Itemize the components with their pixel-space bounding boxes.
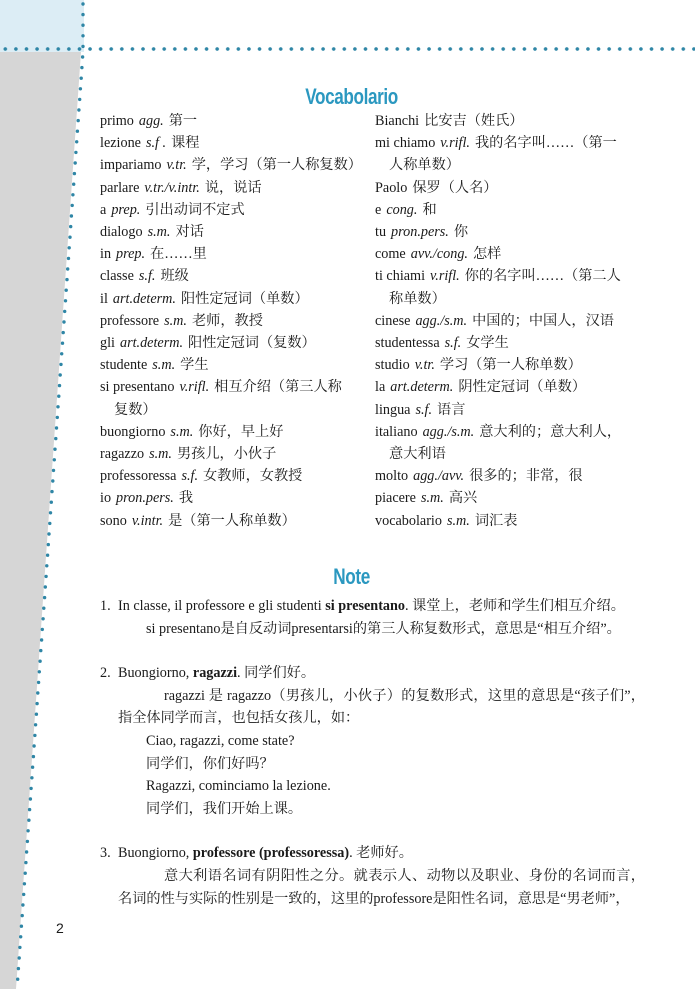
vocab-entry: parlarev.tr./v.intr.说，说话 (100, 177, 365, 199)
vocab-meaning-continuation: 人称单数） (375, 154, 645, 176)
note-heading: 1.In classe, il professore e gli student… (100, 595, 645, 618)
part-of-speech: s.m. (170, 424, 193, 440)
vocab-meaning: 阴性定冠词（单数） (458, 379, 586, 395)
vocab-meaning: 课程 (171, 135, 199, 151)
part-of-speech: s.m. (447, 513, 470, 529)
vocab-entry: linguas.f.语言 (375, 399, 645, 421)
part-of-speech: v.rifl. (440, 135, 470, 151)
vocab-word: in (100, 246, 111, 262)
vocab-meaning: 和 (422, 202, 436, 218)
vocab-entry: moltoagg./avv.很多的；非常，很 (375, 465, 645, 487)
vocab-word: io (100, 490, 111, 506)
vocab-word: come (375, 246, 406, 262)
vocab-meaning: 对话 (175, 224, 203, 240)
part-of-speech: s.f. (445, 335, 462, 351)
vocab-entry: comeavv./cong.怎样 (375, 243, 645, 265)
vocab-meaning: 老师，教授 (192, 313, 263, 329)
part-of-speech: v.rifl. (179, 379, 209, 395)
part-of-speech: art.determ. (120, 335, 183, 351)
part-of-speech: prep. (116, 246, 145, 262)
vocab-entry: tupron.pers.你 (375, 221, 645, 243)
part-of-speech: pron.pers. (391, 224, 449, 240)
part-of-speech: v.tr. (166, 157, 186, 173)
vocab-entry: si presentanov.rifl.相互介绍（第三人称复数） (100, 376, 365, 420)
vocab-word: ragazzo (100, 446, 144, 462)
vocab-word: studio (375, 357, 410, 373)
vocab-meaning: 阳性定冠词（复数） (188, 335, 316, 351)
part-of-speech: pron.pers. (116, 490, 174, 506)
vocab-word: il (100, 291, 108, 307)
vocab-entry: professores.m.老师，教授 (100, 310, 365, 332)
vocab-word: italiano (375, 424, 418, 440)
vocab-word: buongiorno (100, 424, 165, 440)
vocab-entry: laart.determ.阴性定冠词（单数） (375, 376, 645, 398)
vocab-meaning: 中国的；中国人，汉语 (472, 313, 614, 329)
vocab-word: ti chiami (375, 268, 425, 284)
vocab-word: tu (375, 224, 386, 240)
vocab-meaning: 女教师，女教授 (203, 468, 302, 484)
vocab-meaning-continuation: 称单数） (375, 288, 645, 310)
vocab-meaning: 保罗（人名） (412, 180, 497, 196)
vocab-meaning: 你 (454, 224, 468, 240)
vocab-entry: ilart.determ.阳性定冠词（单数） (100, 288, 365, 310)
vocab-meaning: 在……里 (150, 246, 207, 262)
vocab-entry: professoressas.f.女教师，女教授 (100, 465, 365, 487)
vocab-meaning: 阳性定冠词（单数） (181, 291, 309, 307)
vocab-entry: inprep.在……里 (100, 243, 365, 265)
part-of-speech: s.m. (421, 490, 444, 506)
vocab-meaning: 班级 (160, 268, 188, 284)
vocab-word: primo (100, 113, 134, 129)
vocab-word: professoressa (100, 468, 176, 484)
vocab-word: piacere (375, 490, 416, 506)
vocab-meaning: 你好，早上好 (198, 424, 283, 440)
vocab-meaning: 第一 (169, 113, 197, 129)
vocab-meaning: 我的名字叫……（第一 (475, 135, 617, 151)
vocab-word: cinese (375, 313, 410, 329)
note-heading: 2.Buongiorno, ragazzi. 同学们好。 (100, 662, 645, 685)
page-number: 2 (56, 920, 64, 936)
part-of-speech: prep. (111, 202, 140, 218)
vocab-entry: buongiornos.m.你好，早上好 (100, 421, 365, 443)
vocab-entry: vocabolarios.m.词汇表 (375, 510, 645, 532)
vocab-entry: iopron.pers.我 (100, 487, 365, 509)
vocab-word: lingua (375, 402, 410, 418)
part-of-speech: art.determ. (113, 291, 176, 307)
part-of-speech: s.m. (149, 446, 172, 462)
vocab-meaning: 是（第一人称单数） (168, 513, 296, 529)
vocab-entry: ti chiamiv.rifl.你的名字叫……（第二人称单数） (375, 265, 645, 309)
vocab-word: molto (375, 468, 408, 484)
vocab-entry: italianoagg./s.m.意大利的；意大利人，意大利语 (375, 421, 645, 465)
vocab-entry: classes.f.班级 (100, 265, 365, 287)
part-of-speech: v.intr. (132, 513, 163, 529)
note-item-3: 3.Buongiorno, professore (professoressa)… (100, 842, 645, 910)
vocab-entry: studentes.m.学生 (100, 354, 365, 376)
vocab-word: studentessa (375, 335, 440, 351)
vocab-meaning-continuation: 意大利语 (375, 443, 645, 465)
part-of-speech: agg./avv. (413, 468, 464, 484)
vocab-entry: cineseagg./s.m.中国的；中国人，汉语 (375, 310, 645, 332)
part-of-speech: agg. (139, 113, 164, 129)
vocab-entry: studiov.tr.学习（第一人称单数） (375, 354, 645, 376)
part-of-speech: v.tr./v.intr. (144, 180, 199, 196)
note-explanation: ragazzi 是 ragazzo（男孩儿，小伙子）的复数形式，这里的意思是“孩… (118, 685, 645, 730)
vocab-entry: ragazzos.m.男孩儿，小伙子 (100, 443, 365, 465)
dotted-rule-horizontal (0, 46, 695, 52)
vocab-word: lezione (100, 135, 141, 151)
vocab-word: gli (100, 335, 115, 351)
vocab-word: e (375, 202, 381, 218)
vocab-entry: leziones.f .课程 (100, 132, 365, 154)
vocab-meaning: 我 (179, 490, 193, 506)
vocab-entry: dialogos.m.对话 (100, 221, 365, 243)
vocab-word: dialogo (100, 224, 143, 240)
vocab-meaning: 女学生 (466, 335, 509, 351)
part-of-speech: s.f . (146, 135, 166, 151)
vocab-entry: aprep.引出动词不定式 (100, 199, 365, 221)
note-heading: 3.Buongiorno, professore (professoressa)… (100, 842, 645, 865)
vocab-entry: primoagg.第一 (100, 110, 365, 132)
vocab-word: impariamo (100, 157, 161, 173)
part-of-speech: s.m. (148, 224, 171, 240)
note-item-1: 1.In classe, il professore e gli student… (100, 595, 645, 640)
vocab-entry: piaceres.m.高兴 (375, 487, 645, 509)
example-line: Ragazzi, cominciamo la lezione. (100, 775, 645, 798)
vocab-word: si presentano (100, 379, 174, 395)
part-of-speech: art.determ. (390, 379, 453, 395)
vocab-meaning: 学生 (180, 357, 208, 373)
vocab-meaning: 怎样 (473, 246, 501, 262)
vocab-meaning: 男孩儿，小伙子 (177, 446, 276, 462)
example-line: Ciao, ragazzi, come state? (100, 730, 645, 753)
vocab-meaning: 意大利的；意大利人， (479, 424, 621, 440)
vocab-entry: impariamov.tr.学，学习（第一人称复数） (100, 154, 365, 176)
note-explanation: si presentano是自反动词presentarsi的第三人称复数形式，意… (100, 618, 645, 641)
part-of-speech: v.rifl. (430, 268, 460, 284)
vocab-meaning: 你的名字叫……（第二人 (465, 268, 621, 284)
part-of-speech: s.f. (181, 468, 198, 484)
vocab-meaning: 相互介绍（第三人称 (214, 379, 342, 395)
notes-section: 1.In classe, il professore e gli student… (100, 595, 645, 932)
vocab-meaning: 比安吉（姓氏） (424, 113, 523, 129)
part-of-speech: v.tr. (415, 357, 435, 373)
vocab-entry: mi chiamov.rifl.我的名字叫……（第一人称单数） (375, 132, 645, 176)
vocab-meaning: 引出动词不定式 (145, 202, 244, 218)
vocab-word: a (100, 202, 106, 218)
vocab-meaning: 很多的；非常，很 (469, 468, 583, 484)
vocab-meaning: 学习（第一人称单数） (440, 357, 582, 373)
part-of-speech: s.f. (139, 268, 156, 284)
vocab-word: parlare (100, 180, 139, 196)
vocab-entry: Bianchi比安吉（姓氏） (375, 110, 645, 132)
vocab-meaning: 高兴 (449, 490, 477, 506)
vocab-word: vocabolario (375, 513, 442, 529)
vocab-entry: Paolo保罗（人名） (375, 177, 645, 199)
note-item-2: 2.Buongiorno, ragazzi. 同学们好。 ragazzi 是 r… (100, 662, 645, 820)
vocab-word: la (375, 379, 385, 395)
vocab-word: sono (100, 513, 127, 529)
vocab-meaning-continuation: 复数） (100, 399, 365, 421)
vocab-word: Bianchi (375, 113, 419, 129)
vocab-meaning: 学，学习（第一人称复数） (192, 157, 362, 173)
notes-title: Note (81, 564, 623, 590)
vocab-meaning: 词汇表 (475, 513, 518, 529)
vocab-meaning: 说，说话 (205, 180, 262, 196)
dotted-rule-vertical (0, 0, 100, 989)
vocab-entry: gliart.determ.阳性定冠词（复数） (100, 332, 365, 354)
part-of-speech: avv./cong. (411, 246, 468, 262)
vocab-meaning: 语言 (437, 402, 465, 418)
vocab-word: classe (100, 268, 134, 284)
part-of-speech: s.m. (152, 357, 175, 373)
part-of-speech: agg./s.m. (423, 424, 475, 440)
part-of-speech: s.m. (164, 313, 187, 329)
vocab-word: mi chiamo (375, 135, 435, 151)
example-line: 同学们，你们好吗？ (100, 753, 645, 776)
vocab-word: Paolo (375, 180, 407, 196)
vocabulary-title: Vocabolario (81, 84, 623, 110)
part-of-speech: cong. (386, 202, 417, 218)
vocabulary-column-left: primoagg.第一leziones.f .课程impariamov.tr.学… (100, 110, 365, 532)
note-explanation: 意大利语名词有阴阳性之分。就表示人、动物以及职业、身份的名词而言，名词的性与实际… (118, 865, 645, 910)
example-line: 同学们，我们开始上课。 (100, 798, 645, 821)
vocab-entry: sonov.intr.是（第一人称单数） (100, 510, 365, 532)
part-of-speech: s.f. (415, 402, 432, 418)
vocab-word: studente (100, 357, 147, 373)
vocab-entry: studentessas.f.女学生 (375, 332, 645, 354)
vocabulary-column-right: Bianchi比安吉（姓氏）mi chiamov.rifl.我的名字叫……（第一… (375, 110, 645, 532)
vocab-word: professore (100, 313, 159, 329)
vocab-entry: econg.和 (375, 199, 645, 221)
part-of-speech: agg./s.m. (415, 313, 467, 329)
